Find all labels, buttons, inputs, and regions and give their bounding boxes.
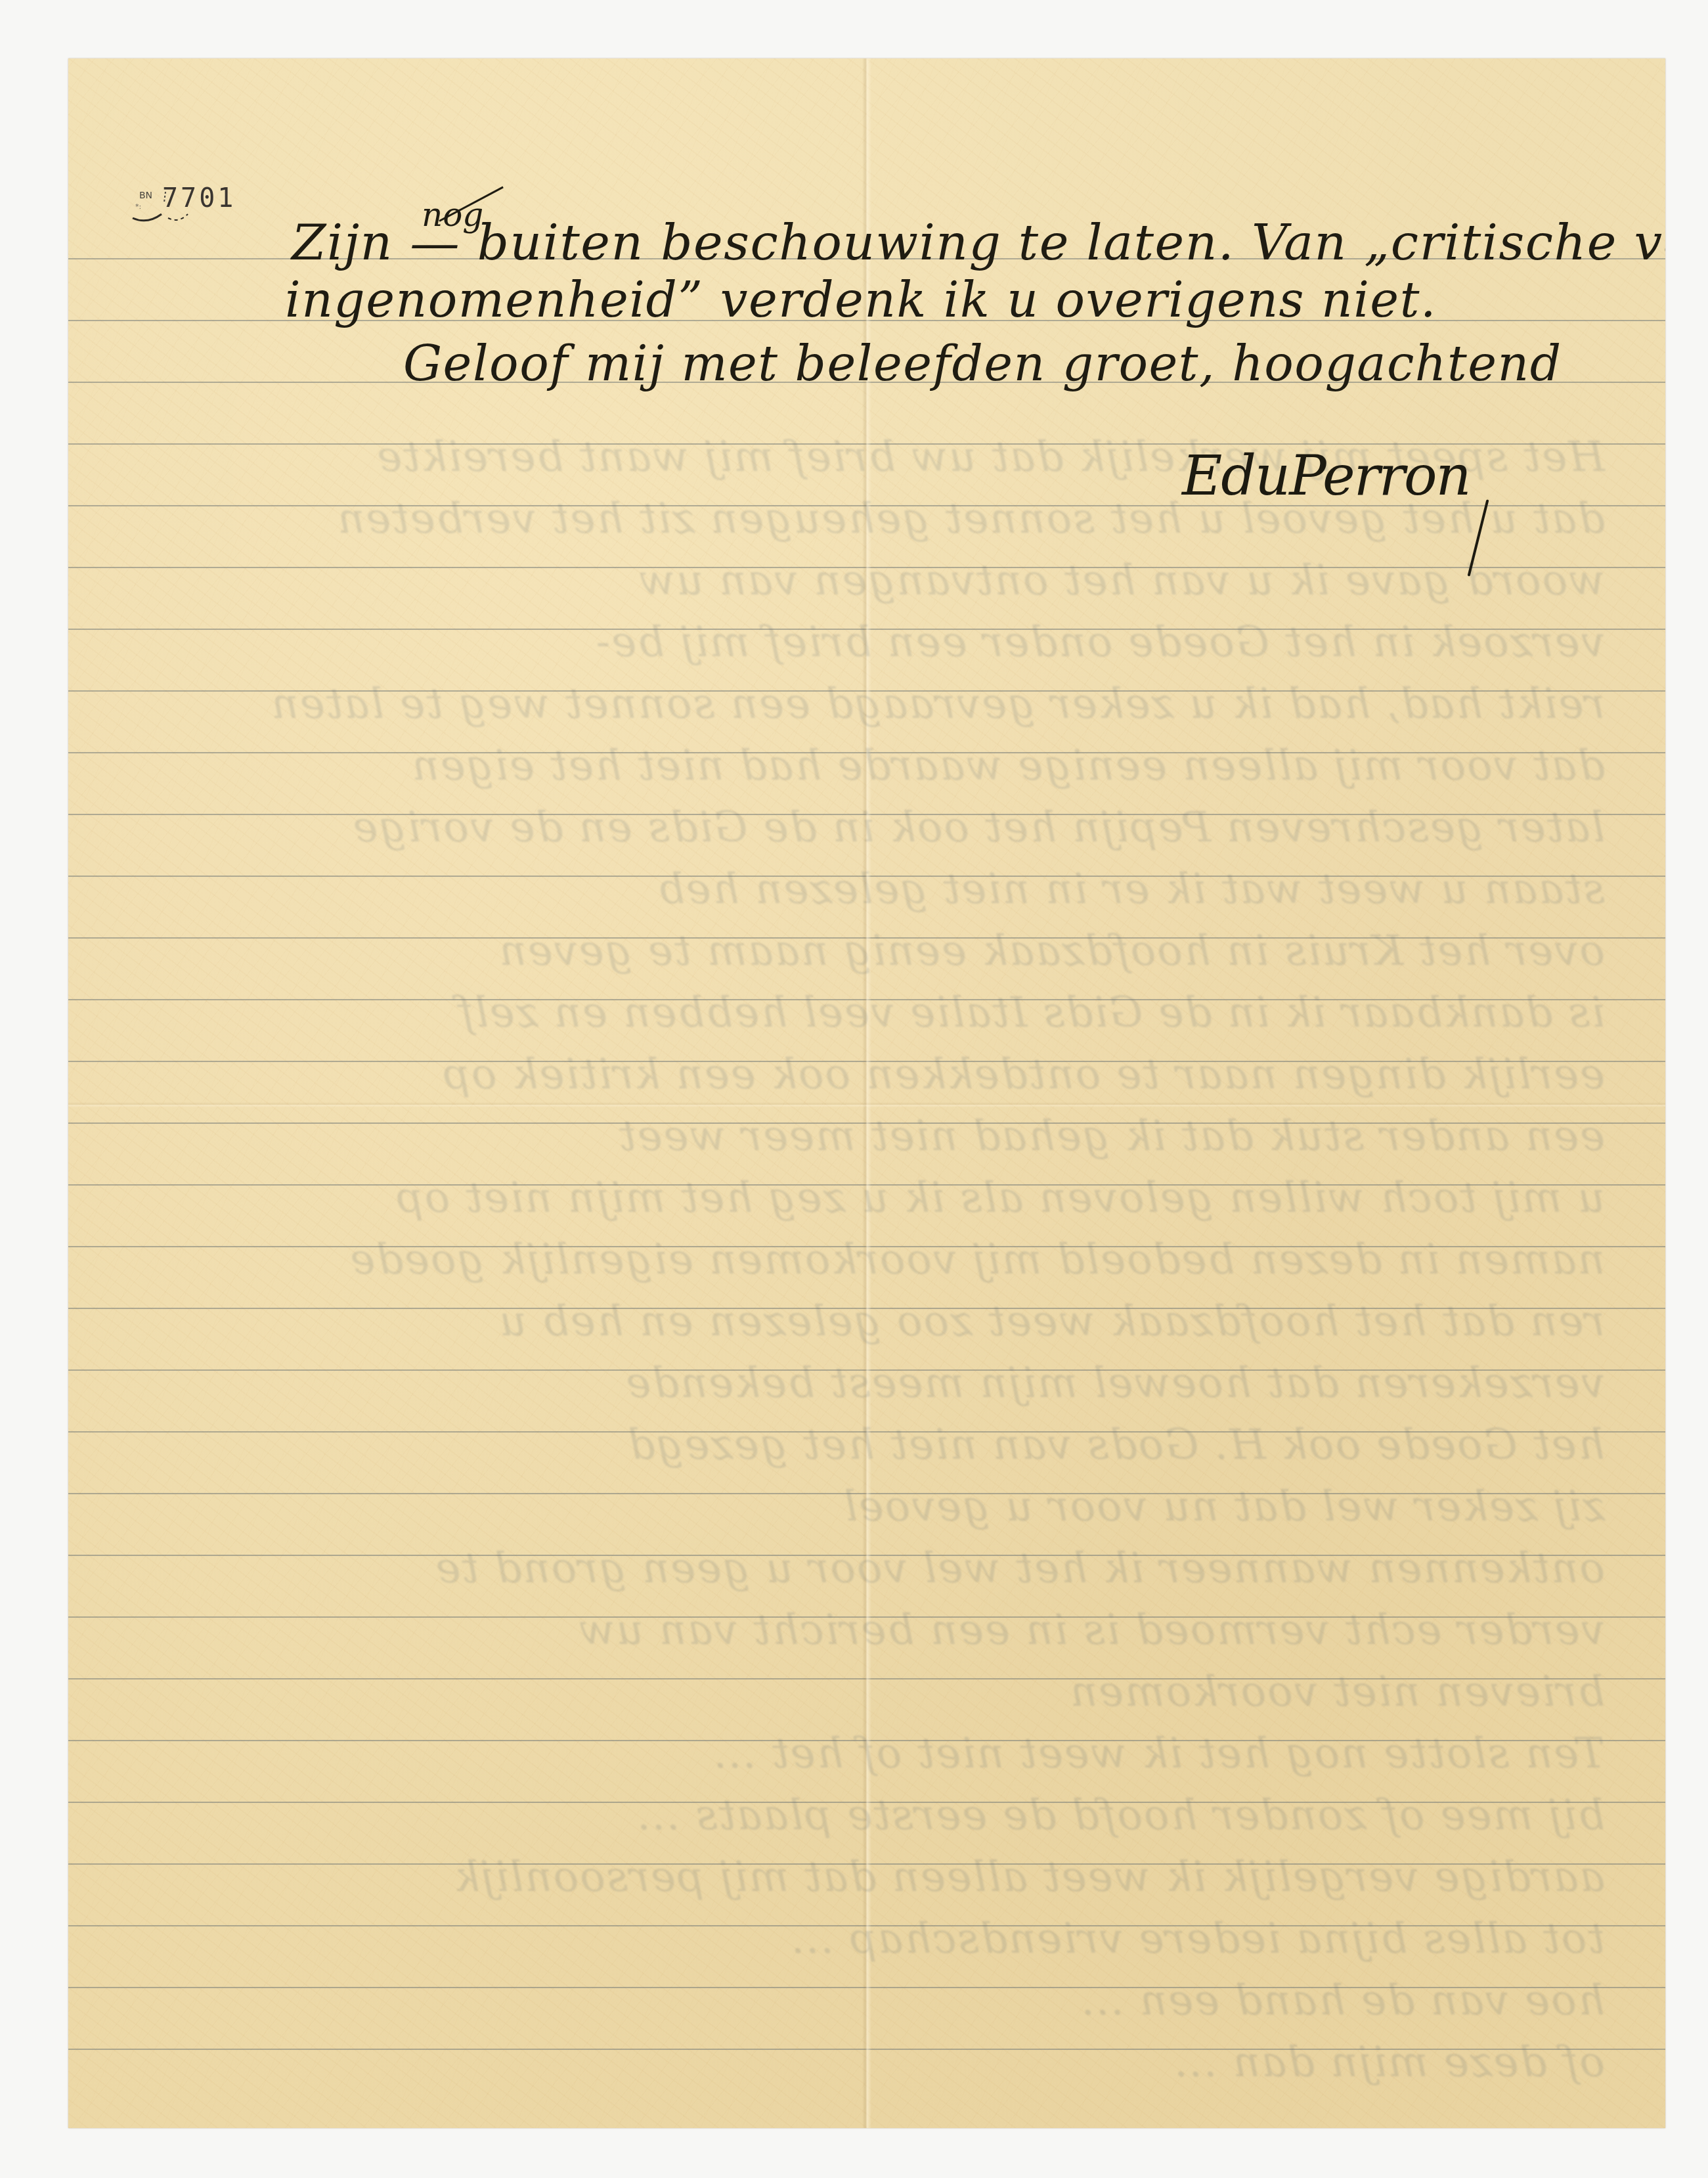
reverse-side-bleed-through: Het speet mij werkelijk dat uw brief mij… — [141, 426, 1605, 2093]
svg-text:*:: *: — [135, 202, 141, 211]
letter-line-1: Zijn — buiten beschouwing te laten. Van … — [292, 215, 1665, 271]
signature-flourish — [1468, 499, 1489, 576]
letter-page: Het speet mij werkelijk dat uw brief mij… — [68, 58, 1665, 2128]
letter-line-2: ingenomenheid” verdenk ik u overigens ni… — [285, 272, 1437, 328]
horizontal-fold-crease — [68, 1102, 1665, 1107]
archive-number: 7701 — [162, 183, 236, 213]
signature: EduPerron — [1182, 443, 1470, 508]
letter-line-3: Geloof mij met beleefden groet, hoogacht… — [403, 336, 1562, 392]
svg-text:BN: BN — [139, 190, 152, 201]
